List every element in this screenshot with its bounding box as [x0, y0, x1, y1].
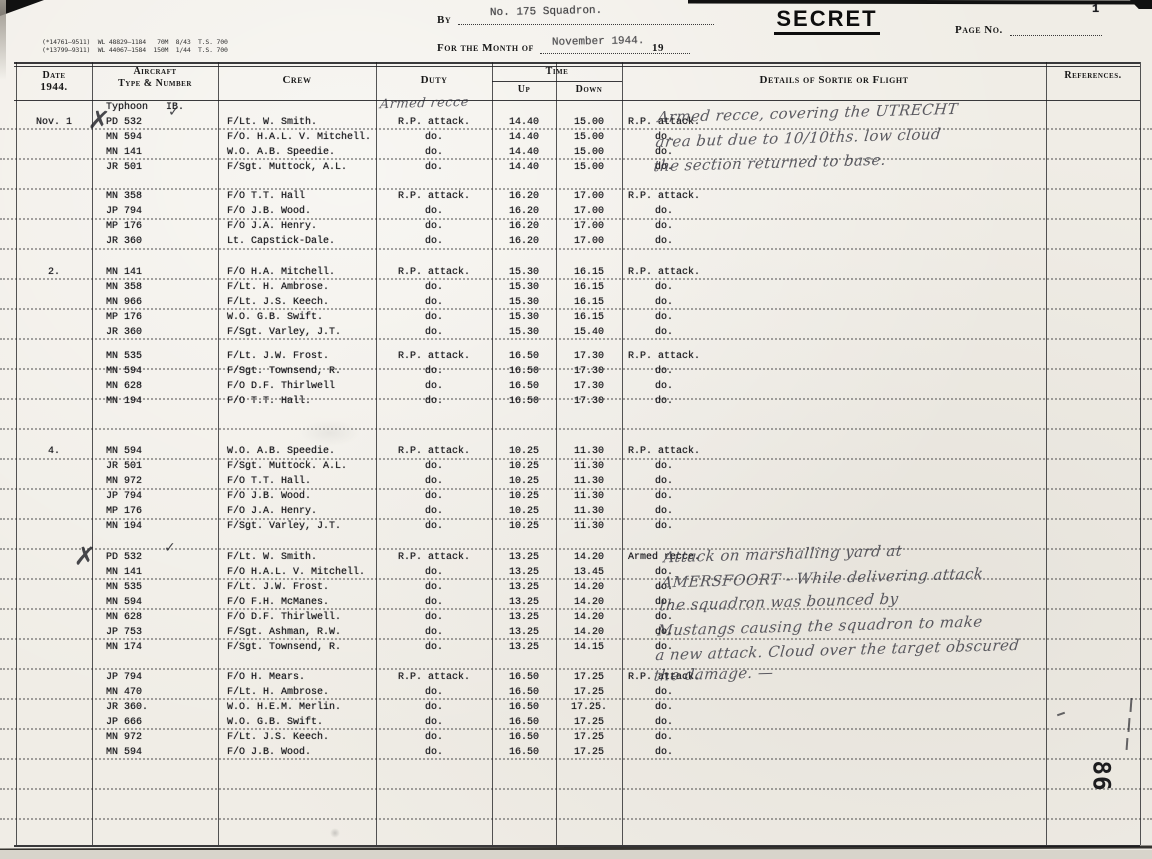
- table-row: MN 358F/O T.T. HallR.P. attack.16.2017.0…: [0, 190, 1152, 205]
- crew-name: W.O. A.B. Speedie.: [227, 445, 377, 460]
- crew-name: F/O H.A.L. V. Mitchell.: [227, 566, 377, 581]
- handwriting-line: the damage. —: [653, 663, 774, 684]
- duty-value: do.: [378, 235, 490, 250]
- crew-name: F/Sgt. Varley, J.T.: [227, 520, 377, 535]
- time-down: 17.25: [558, 731, 620, 746]
- scan-edge-artifact: [1130, 0, 1152, 9]
- aircraft-serial: JP 794: [106, 205, 218, 220]
- duty-value: do.: [378, 520, 490, 535]
- col-header-up: Up: [492, 84, 556, 95]
- table-row: MN 470F/Lt. H. Ambrose.do.16.5017.25do.: [0, 686, 1152, 701]
- details-typed: do.: [632, 475, 696, 490]
- time-up: 16.50: [494, 350, 554, 365]
- dotted-rule: [0, 428, 1152, 430]
- aircraft-serial: JP 794: [106, 490, 218, 505]
- time-up: 16.20: [494, 235, 554, 250]
- duty-value: do.: [378, 641, 490, 656]
- time-down: 11.30: [558, 520, 620, 535]
- time-up: 13.25: [494, 551, 554, 566]
- table-row: MP 176F/O J.A. Henry.do.10.2511.30do.: [0, 505, 1152, 520]
- time-up: 15.30: [494, 326, 554, 341]
- time-down: 15.00: [558, 146, 620, 161]
- time-down: 17.25: [558, 671, 620, 686]
- time-down: 17.00: [558, 205, 620, 220]
- aircraft-serial: MN 628: [106, 380, 218, 395]
- table-row: MN 535F/Lt. J.W. Frost.R.P. attack.16.50…: [0, 350, 1152, 365]
- crew-name: W.O. G.B. Swift.: [227, 311, 377, 326]
- duty-value: do.: [378, 716, 490, 731]
- date-value: 2.: [18, 266, 90, 281]
- aircraft-serial: JR 501: [106, 460, 218, 475]
- time-down: 17.25: [558, 716, 620, 731]
- time-up: 16.20: [494, 205, 554, 220]
- details-typed: do.: [632, 205, 696, 220]
- col-header-aircraft: Aircraft: [92, 66, 218, 77]
- table-bottom-border: [14, 845, 1140, 847]
- table-row: JR 501F/Sgt. Muttock, A.L.do.14.4015.00d…: [0, 161, 1152, 176]
- details-typed: do.: [632, 686, 696, 701]
- form-print-code: (*14761—9511) WL 48829—1184 70M 8/43 T.S…: [42, 38, 228, 54]
- aircraft-serial: MN 594: [106, 131, 218, 146]
- time-up: 15.30: [494, 296, 554, 311]
- duty-value: do.: [378, 701, 490, 716]
- aircraft-serial: JP 666: [106, 716, 218, 731]
- duty-value: do.: [378, 380, 490, 395]
- time-up: 15.30: [494, 281, 554, 296]
- duty-value: R.P. attack.: [378, 266, 490, 281]
- aircraft-serial: MN 141: [106, 146, 218, 161]
- aircraft-serial: MN 141: [106, 266, 218, 281]
- aircraft-serial: MP 176: [106, 220, 218, 235]
- table-row: MN 966F/Lt. J.S. Keech.do.15.3016.15do.: [0, 296, 1152, 311]
- duty-value: do.: [378, 161, 490, 176]
- col-header-aircraft2: Type & Number: [92, 78, 218, 89]
- time-down: 17.00: [558, 235, 620, 250]
- time-down: 15.00: [558, 161, 620, 176]
- time-up: 16.50: [494, 671, 554, 686]
- time-down: 17.00: [558, 220, 620, 235]
- time-up: 10.25: [494, 520, 554, 535]
- duty-value: R.P. attack.: [378, 350, 490, 365]
- col-header-time: Time: [492, 66, 622, 77]
- table-row: 2.MN 141F/O H.A. Mitchell.R.P. attack.15…: [0, 266, 1152, 281]
- crew-name: F/O J.B. Wood.: [227, 746, 377, 761]
- table-row: MN 594F/Sgt. Townsend, R.do.16.5017.30do…: [0, 365, 1152, 380]
- date-value: 4.: [18, 445, 90, 460]
- aircraft-serial: JR 360: [106, 326, 218, 341]
- table-row: MN 972F/Lt. J.S. Keech.do.16.5017.25do.: [0, 731, 1152, 746]
- aircraft-type: Typhoon IB.: [106, 101, 218, 116]
- table-row: JR 360.W.O. H.E.M. Merlin.do.16.5017.25.…: [0, 701, 1152, 716]
- col-header-year: 1944.: [18, 81, 90, 93]
- aircraft-serial: MN 972: [106, 475, 218, 490]
- duty-value: R.P. attack.: [378, 551, 490, 566]
- table-row: JR 360F/Sgt. Varley, J.T.do.15.3015.40do…: [0, 326, 1152, 341]
- time-up: 14.40: [494, 161, 554, 176]
- details-typed: do.: [632, 701, 696, 716]
- time-up: 10.25: [494, 475, 554, 490]
- time-up: 16.50: [494, 365, 554, 380]
- col-header-crew: Crew: [218, 74, 376, 86]
- table-row: MN 594F/O J.B. Wood.do.16.5017.25do.: [0, 746, 1152, 761]
- duty-value: do.: [378, 460, 490, 475]
- month-value: November 1944.: [552, 35, 645, 49]
- duty-value: do.: [378, 626, 490, 641]
- crew-name: F/Lt. H. Ambrose.: [227, 281, 377, 296]
- scan-edge-artifact: [0, 0, 44, 16]
- crew-name: F/Lt. J.S. Keech.: [227, 296, 377, 311]
- crew-name: F/O. H.A.L. V. Mitchell.: [227, 131, 377, 146]
- time-down: 11.30: [558, 460, 620, 475]
- aircraft-serial: MP 176: [106, 311, 218, 326]
- check-mark: ✓: [164, 540, 176, 556]
- details-typed: do.: [632, 460, 696, 475]
- crew-name: W.O. G.B. Swift.: [227, 716, 377, 731]
- duty-value: do.: [378, 220, 490, 235]
- time-down: 17.30: [558, 380, 620, 395]
- page-no-underline: [1010, 23, 1102, 36]
- by-label: By: [437, 14, 451, 26]
- duty-value: R.P. attack.: [378, 671, 490, 686]
- duty-value: do.: [378, 326, 490, 341]
- aircraft-serial: JR 360: [106, 235, 218, 250]
- crew-name: F/O J.A. Henry.: [227, 220, 377, 235]
- duty-value: do.: [378, 611, 490, 626]
- duty-value: R.P. attack.: [378, 445, 490, 460]
- aircraft-serial: MN 358: [106, 281, 218, 296]
- table-row: MN 141W.O. A.B. Speedie.do.14.4015.00do.: [0, 146, 1152, 161]
- aircraft-serial: MN 174: [106, 641, 218, 656]
- details-typed: do.: [632, 505, 696, 520]
- time-down: 17.25: [558, 686, 620, 701]
- crew-name: F/O J.A. Henry.: [227, 505, 377, 520]
- dotted-rule: [0, 818, 1152, 820]
- time-down: 16.15: [558, 266, 620, 281]
- time-down: 13.45: [558, 566, 620, 581]
- crew-name: F/Lt. J.W. Frost.: [227, 581, 377, 596]
- crew-name: F/Sgt. Townsend, R.: [227, 365, 377, 380]
- dotted-rule: [0, 668, 1152, 670]
- details-typed: do.: [632, 281, 696, 296]
- time-up: 14.40: [494, 116, 554, 131]
- duty-value: do.: [378, 490, 490, 505]
- time-down: 11.30: [558, 490, 620, 505]
- time-down: 16.15: [558, 311, 620, 326]
- crew-name: F/Sgt. Townsend, R.: [227, 641, 377, 656]
- duty-value: do.: [378, 365, 490, 380]
- time-down: 16.15: [558, 296, 620, 311]
- crew-name: F/O T.T. Hall.: [227, 395, 377, 410]
- col-header-references: References.: [1046, 70, 1140, 81]
- crew-name: F/Sgt. Varley, J.T.: [227, 326, 377, 341]
- crew-name: F/Lt. H. Ambrose.: [227, 686, 377, 701]
- secret-stamp: SECRET: [742, 6, 912, 32]
- time-down: 15.00: [558, 131, 620, 146]
- table-row: MN 358F/Lt. H. Ambrose.do.15.3016.15do.: [0, 281, 1152, 296]
- time-down: 17.25.: [558, 701, 620, 716]
- col-header-date: Date: [18, 70, 90, 81]
- time-up: 16.50: [494, 395, 554, 410]
- details-typed: do.: [632, 380, 696, 395]
- aircraft-serial: MN 594: [106, 365, 218, 380]
- time-down: 17.30: [558, 395, 620, 410]
- duty-value: do.: [378, 131, 490, 146]
- duty-value: R.P. attack.: [378, 116, 490, 131]
- crew-name: W.O. H.E.M. Merlin.: [227, 701, 377, 716]
- operations-record-sheet: (*14761—9511) WL 48829—1184 70M 8/43 T.S…: [0, 0, 1152, 859]
- table-row: JP 794F/O J.B. Wood.do.16.2017.00do.: [0, 205, 1152, 220]
- duty-value: do.: [378, 296, 490, 311]
- time-up: 13.25: [494, 611, 554, 626]
- time-down: 11.30: [558, 475, 620, 490]
- duty-value: do.: [378, 731, 490, 746]
- crew-name: F/Sgt. Ashman, R.W.: [227, 626, 377, 641]
- month-label: For the Month of: [437, 42, 534, 54]
- duty-value: do.: [378, 746, 490, 761]
- aircraft-serial: MN 972: [106, 731, 218, 746]
- crew-name: F/O J.B. Wood.: [227, 205, 377, 220]
- details-typed: do.: [632, 716, 696, 731]
- time-up: 13.25: [494, 641, 554, 656]
- time-down: 15.00: [558, 116, 620, 131]
- crew-name: F/O F.H. McManes.: [227, 596, 377, 611]
- time-down: 15.40: [558, 326, 620, 341]
- table-row: JR 501F/Sgt. Muttock. A.L.do.10.2511.30d…: [0, 460, 1152, 475]
- time-up: 16.50: [494, 746, 554, 761]
- time-up: 10.25: [494, 445, 554, 460]
- details-typed: do.: [632, 731, 696, 746]
- time-up: 10.25: [494, 490, 554, 505]
- time-subheader-border: [492, 81, 622, 82]
- aircraft-serial: MP 176: [106, 505, 218, 520]
- table-row: JR 360Lt. Capstick-Dale.do.16.2017.00do.: [0, 235, 1152, 250]
- aircraft-serial: JP 794: [106, 671, 218, 686]
- page-no-label: Page No.: [955, 24, 1003, 36]
- crew-name: F/O H. Mears.: [227, 671, 377, 686]
- duty-handwriting: Armed recce: [379, 95, 469, 112]
- details-typed: do.: [632, 395, 696, 410]
- time-down: 17.25: [558, 746, 620, 761]
- crew-name: F/Lt. W. Smith.: [227, 116, 377, 131]
- details-typed: do.: [632, 520, 696, 535]
- table-top-border: [14, 62, 1140, 64]
- time-down: 17.30: [558, 350, 620, 365]
- time-up: 13.25: [494, 596, 554, 611]
- time-down: 11.30: [558, 505, 620, 520]
- aircraft-serial: MN 358: [106, 190, 218, 205]
- aircraft-serial: MN 141: [106, 566, 218, 581]
- aircraft-serial: MN 535: [106, 581, 218, 596]
- time-up: 16.20: [494, 220, 554, 235]
- time-up: 13.25: [494, 626, 554, 641]
- table-row: MP 176F/O J.A. Henry.do.16.2017.00do.: [0, 220, 1152, 235]
- scan-edge-artifact: [0, 0, 6, 80]
- duty-value: do.: [378, 686, 490, 701]
- duty-value: do.: [378, 205, 490, 220]
- details-typed: R.P. attack.: [628, 350, 1044, 365]
- crew-name: F/O D.F. Thirlwell.: [227, 611, 377, 626]
- time-up: 15.30: [494, 266, 554, 281]
- table-row: MN 594F/O. H.A.L. V. Mitchell.do.14.4015…: [0, 131, 1152, 146]
- aircraft-serial: MN 966: [106, 296, 218, 311]
- aircraft-serial: MN 594: [106, 596, 218, 611]
- aircraft-serial: MN 594: [106, 445, 218, 460]
- time-up: 16.50: [494, 380, 554, 395]
- crew-name: F/Lt. J.S. Keech.: [227, 731, 377, 746]
- table-row: JP 666W.O. G.B. Swift.do.16.5017.25do.: [0, 716, 1152, 731]
- duty-value: do.: [378, 596, 490, 611]
- crew-name: F/O T.T. Hall.: [227, 475, 377, 490]
- time-up: 13.25: [494, 566, 554, 581]
- time-down: 14.20: [558, 581, 620, 596]
- table-row: JP 794F/O J.B. Wood.do.10.2511.30do.: [0, 490, 1152, 505]
- scan-edge-artifact: [688, 0, 1152, 4]
- by-value: No. 175 Squadron.: [490, 5, 602, 19]
- time-up: 16.50: [494, 716, 554, 731]
- crew-name: F/Lt. J.W. Frost.: [227, 350, 377, 365]
- duty-value: do.: [378, 581, 490, 596]
- duty-value: do.: [378, 395, 490, 410]
- details-typed: do.: [632, 746, 696, 761]
- duty-value: do.: [378, 281, 490, 296]
- details-typed: do.: [632, 326, 696, 341]
- scan-edge-artifact: [0, 850, 1152, 859]
- crew-name: F/O D.F. Thirlwell: [227, 380, 377, 395]
- time-down: 11.30: [558, 445, 620, 460]
- crew-name: W.O. A.B. Speedie.: [227, 146, 377, 161]
- crew-name: F/Sgt. Muttock. A.L.: [227, 460, 377, 475]
- time-up: 10.25: [494, 460, 554, 475]
- time-up: 16.50: [494, 686, 554, 701]
- time-down: 16.15: [558, 281, 620, 296]
- crew-name: F/O J.B. Wood.: [227, 490, 377, 505]
- details-typed: do.: [632, 311, 696, 326]
- table-row: 4.MN 594W.O. A.B. Speedie.R.P. attack.10…: [0, 445, 1152, 460]
- aircraft-serial: MN 194: [106, 520, 218, 535]
- aircraft-serial: MN 535: [106, 350, 218, 365]
- duty-value: do.: [378, 475, 490, 490]
- time-down: 14.20: [558, 626, 620, 641]
- month-year-printed: 19: [652, 42, 664, 54]
- table-row: MN 194F/Sgt. Varley, J.T.do.10.2511.30do…: [0, 520, 1152, 535]
- details-typed: do.: [632, 490, 696, 505]
- crew-name: Lt. Capstick-Dale.: [227, 235, 377, 250]
- duty-value: do.: [378, 146, 490, 161]
- time-down: 17.30: [558, 365, 620, 380]
- time-up: 15.30: [494, 311, 554, 326]
- time-down: 17.00: [558, 190, 620, 205]
- details-typed: do.: [632, 296, 696, 311]
- time-up: 14.40: [494, 131, 554, 146]
- aircraft-serial: JR 501: [106, 161, 218, 176]
- table-row: MN 535F/Lt. J.W. Frost.do.13.2514.20do.: [0, 581, 1152, 596]
- aircraft-serial: MN 470: [106, 686, 218, 701]
- dotted-rule: [0, 788, 1152, 790]
- aircraft-serial: JP 753: [106, 626, 218, 641]
- time-down: 14.15: [558, 641, 620, 656]
- col-header-down: Down: [556, 84, 622, 95]
- check-mark: ✓: [168, 104, 180, 120]
- time-up: 13.25: [494, 581, 554, 596]
- aircraft-serial: JR 360.: [106, 701, 218, 716]
- time-up: 10.25: [494, 505, 554, 520]
- details-typed: R.P. attack.: [628, 445, 1044, 460]
- crew-name: F/Lt. W. Smith.: [227, 551, 377, 566]
- details-typed: R.P. attack.: [628, 266, 1044, 281]
- aircraft-serial: PD 532: [106, 116, 218, 131]
- details-typed: do.: [632, 235, 696, 250]
- page-no-value: 1: [1092, 2, 1099, 16]
- table-row: MN 628F/O D.F. Thirlwelldo.16.5017.30do.: [0, 380, 1152, 395]
- duty-value: do.: [378, 566, 490, 581]
- col-header-duty: Duty: [376, 74, 492, 86]
- aircraft-serial: MN 628: [106, 611, 218, 626]
- table-row: MN 594F/O F.H. McManes.do.13.2514.20do.: [0, 596, 1152, 611]
- details-typed: do.: [632, 365, 696, 380]
- date-value: Nov. 1: [18, 116, 90, 131]
- table-row: MN 194F/O T.T. Hall.do.16.5017.30do.: [0, 395, 1152, 410]
- x-mark: ✗: [86, 105, 111, 137]
- table-row: MN 972F/O T.T. Hall.do.10.2511.30do.: [0, 475, 1152, 490]
- duty-value: do.: [378, 311, 490, 326]
- duty-value: R.P. attack.: [378, 190, 490, 205]
- time-down: 14.20: [558, 596, 620, 611]
- table-row: JP 794F/O H. Mears.R.P. attack.16.5017.2…: [0, 671, 1152, 686]
- aircraft-serial: PD 532: [106, 551, 218, 566]
- table-row: MP 176W.O. G.B. Swift.do.15.3016.15do.: [0, 311, 1152, 326]
- time-down: 14.20: [558, 611, 620, 626]
- x-mark: ✗: [73, 541, 97, 572]
- crew-name: F/O H.A. Mitchell.: [227, 266, 377, 281]
- details-typed: do.: [632, 220, 696, 235]
- aircraft-serial: MN 594: [106, 746, 218, 761]
- crew-name: F/Sgt. Muttock, A.L.: [227, 161, 377, 176]
- crew-name: F/O T.T. Hall: [227, 190, 377, 205]
- col-header-details: Details of Sortie or Flight: [622, 74, 1046, 86]
- ink-smudge: [300, 420, 360, 446]
- ink-dot: [330, 828, 340, 838]
- details-typed: R.P. attack.: [628, 190, 1044, 205]
- time-up: 14.40: [494, 146, 554, 161]
- time-up: 16.50: [494, 701, 554, 716]
- archive-page-stamp: 86: [1087, 761, 1115, 792]
- time-down: 14.20: [558, 551, 620, 566]
- time-up: 16.50: [494, 731, 554, 746]
- duty-value: do.: [378, 505, 490, 520]
- aircraft-serial: MN 194: [106, 395, 218, 410]
- time-up: 16.20: [494, 190, 554, 205]
